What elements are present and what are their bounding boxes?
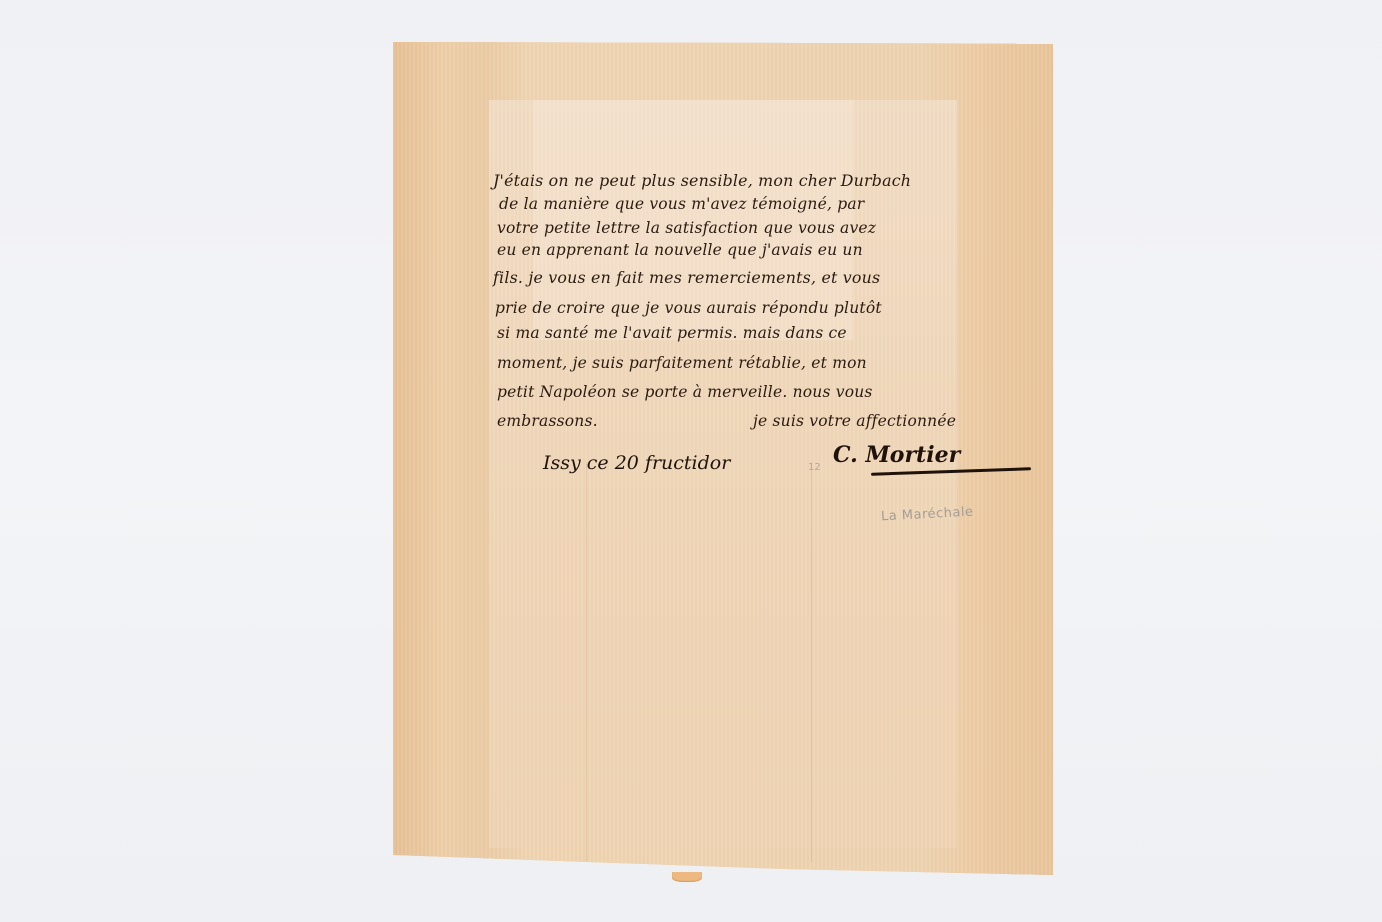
letter-line: si ma santé me l'avait permis. mais dans… [497,324,847,342]
paper-tab-remnant [672,872,702,882]
letter-line: moment, je suis parfaitement rétablie, e… [497,354,867,372]
letter-sheet: J'étais on ne peut plus sensible, mon ch… [393,42,1053,875]
signature: C. Mortier [833,442,960,468]
letter-line: embrassons. [497,412,598,430]
letter-line: petit Napoléon se porte à merveille. nou… [497,383,873,401]
letter-line: eu en apprenant la nouvelle que j'avais … [497,241,863,259]
letter-line: J'étais on ne peut plus sensible, mon ch… [493,172,911,190]
letter-line: prie de croire que je vous aurais répond… [495,299,882,317]
date-mark: 12 [808,462,821,473]
letter-closing: je suis votre affectionnée [753,412,956,430]
paper-fold-line [811,462,812,862]
letter-line: de la manière que vous m'avez témoigné, … [499,195,864,213]
letter-line: fils. je vous en fait mes remerciements,… [493,269,880,287]
place-date: Issy ce 20 fructidor [543,452,730,474]
paper-fold-line [586,462,587,862]
letter-line: votre petite lettre la satisfaction que … [497,219,876,237]
